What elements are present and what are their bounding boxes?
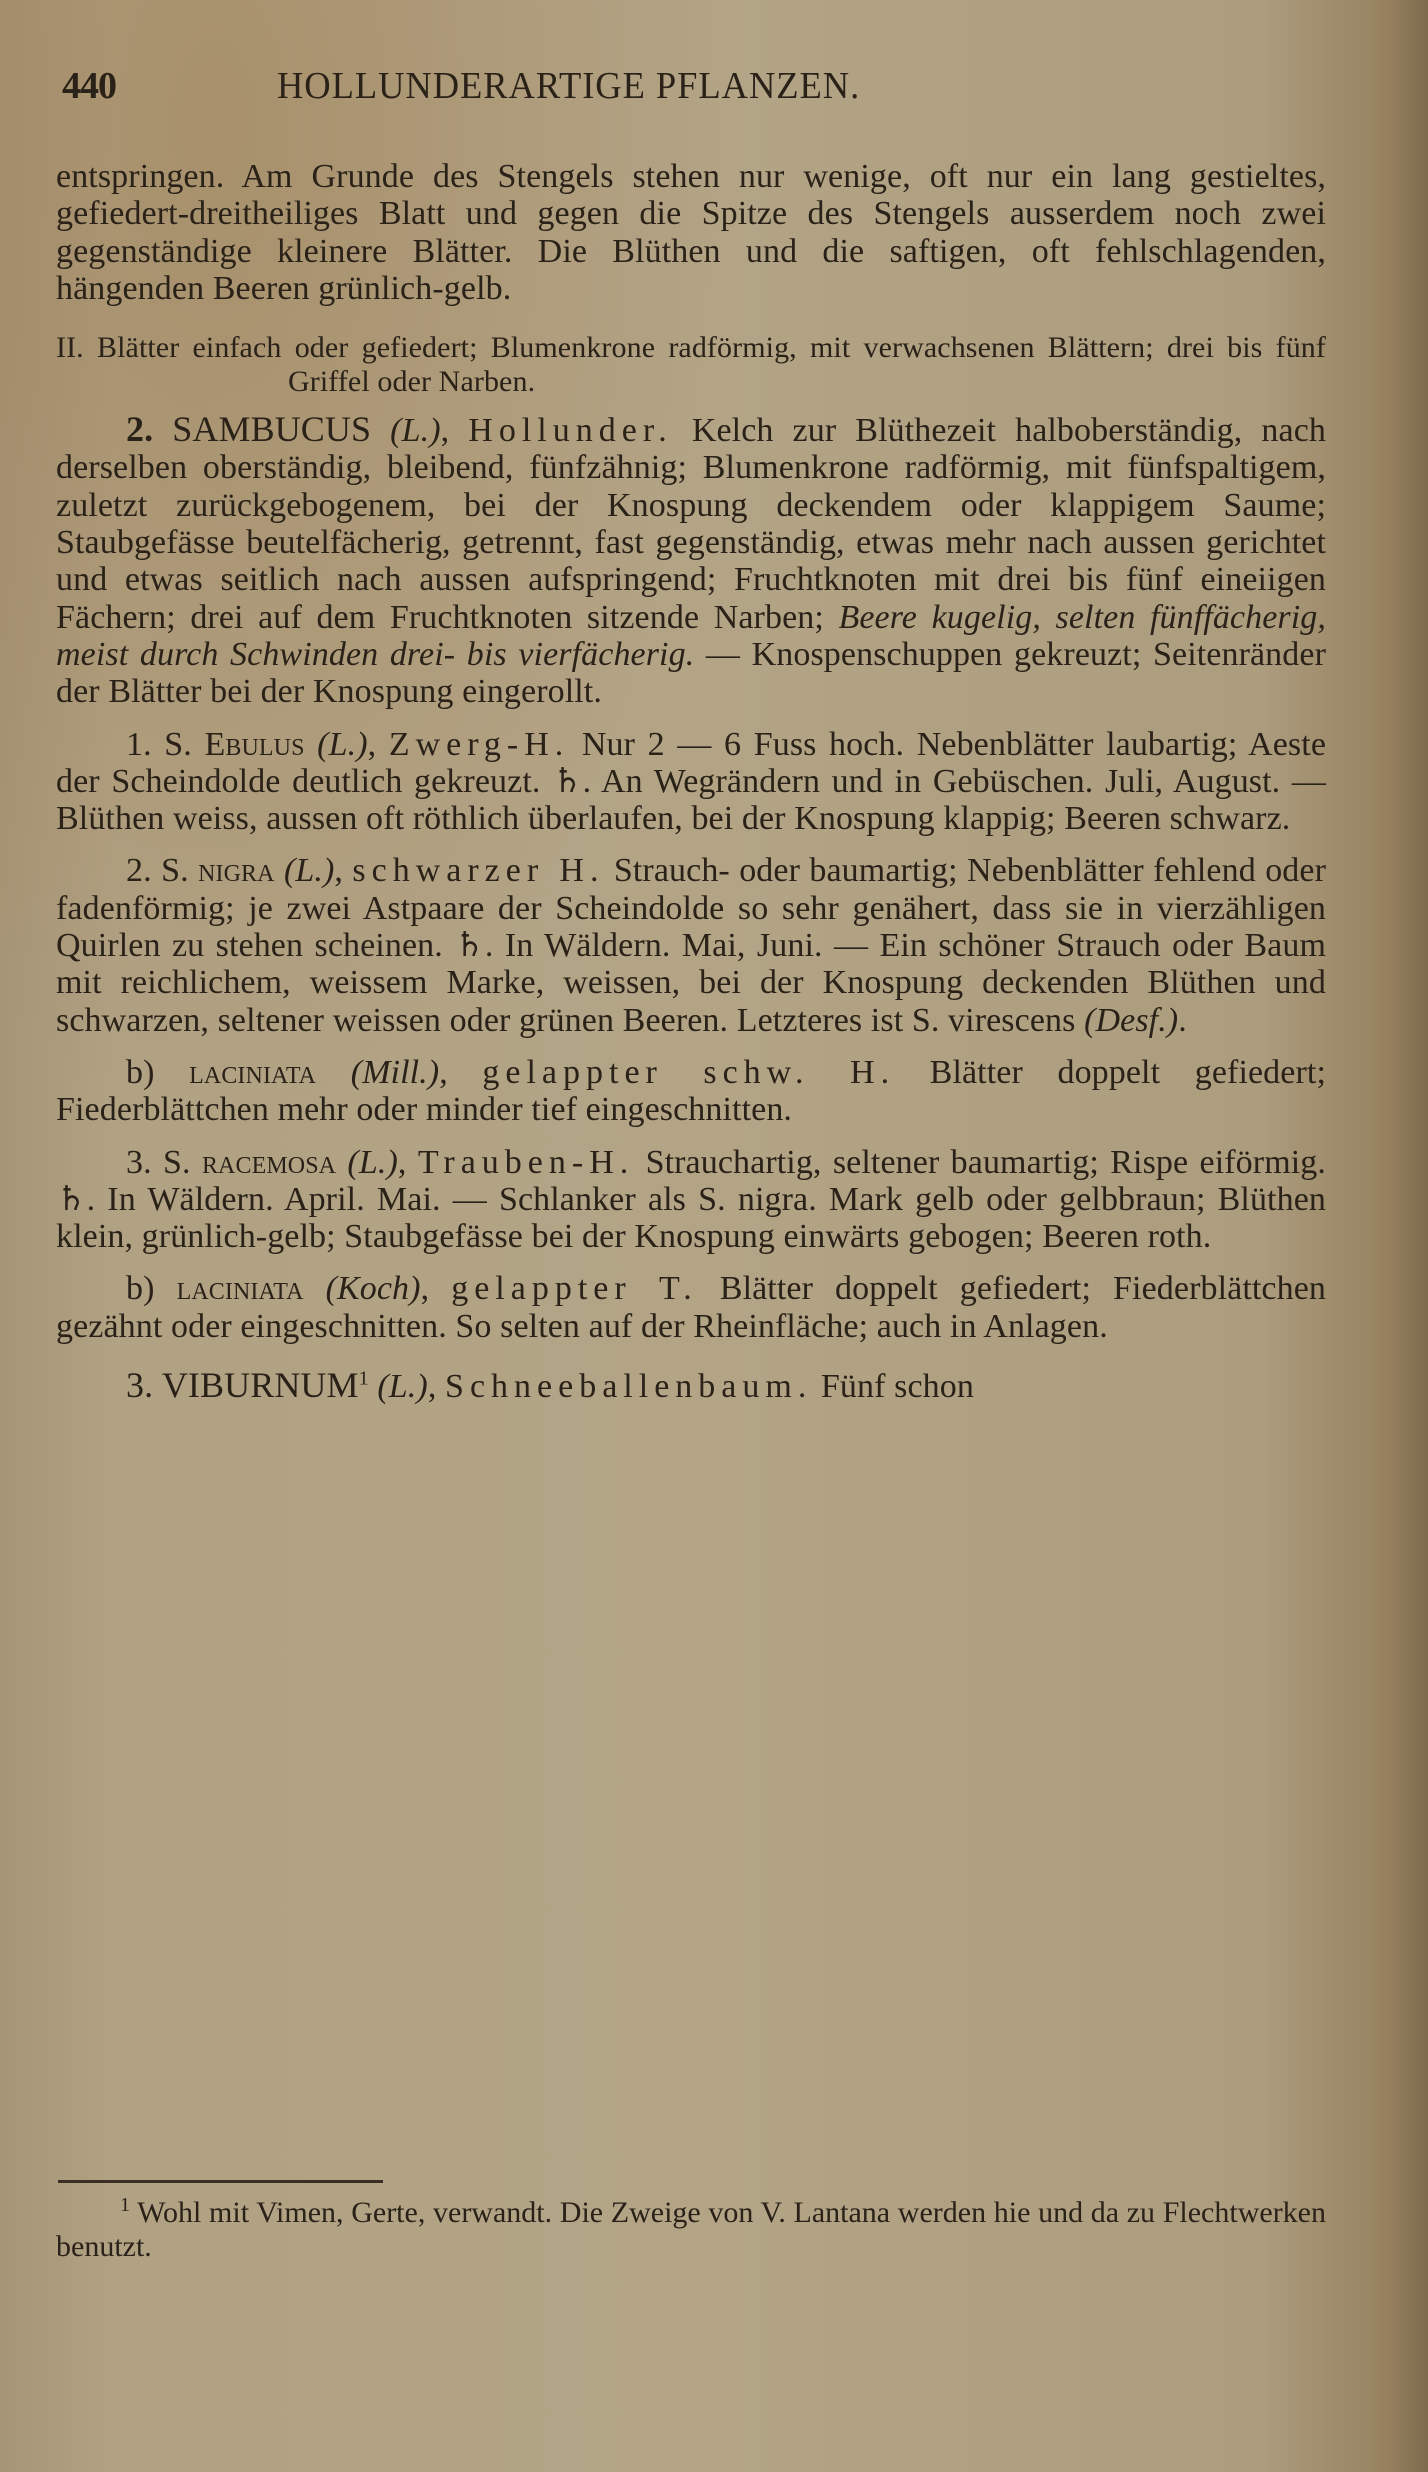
variety-name: laciniata xyxy=(189,1054,316,1091)
species-name: Ebulus xyxy=(205,726,305,763)
species-authority: (L.) xyxy=(284,852,334,889)
variety-name: laciniata xyxy=(177,1270,304,1307)
species-tail-end: . xyxy=(1178,1002,1187,1039)
species-name: racemosa xyxy=(202,1144,336,1181)
body-text: entspringen. Am Grunde des Stengels steh… xyxy=(56,158,1326,1405)
continuation-paragraph: entspringen. Am Grunde des Stengels steh… xyxy=(56,158,1326,307)
variety-entry-nigra-laciniata: b) laciniata (Mill.), gelappter schw. H.… xyxy=(56,1054,1326,1129)
variety-common-name: gelappter T. xyxy=(451,1270,698,1307)
species-entry-ebulus: 1. S. Ebulus (L.), Zwerg-H. Nur 2 — 6 Fu… xyxy=(56,726,1326,838)
variety-authority: (Koch) xyxy=(326,1270,421,1307)
genus-sambucus-paragraph: 2. SAMBUCUS (L.), Hollunder. Kelch zur B… xyxy=(56,411,1326,710)
page-number: 440 xyxy=(62,64,277,108)
species-number: 3. S. xyxy=(126,1144,191,1181)
species-common-name: Trauben-H. xyxy=(418,1144,634,1181)
species-entry-nigra: 2. S. nigra (L.), schwarzer H. Strauch- … xyxy=(56,852,1326,1038)
footnote-reference[interactable]: 1 xyxy=(359,1368,369,1390)
genus-number: 2. xyxy=(126,409,153,449)
genus-authority: (L.) xyxy=(377,1368,427,1405)
genus-number: 3. xyxy=(126,1365,153,1405)
genus-name: VIBURNUM xyxy=(162,1365,359,1405)
genus-common-name: Schneeballenbaum. xyxy=(445,1368,812,1405)
species-common-name: Zwerg-H. xyxy=(389,726,570,763)
variety-label: b) xyxy=(126,1054,155,1091)
genus-common-name: Hollunder. xyxy=(468,412,672,449)
genus-description: Fünf schon xyxy=(812,1368,974,1405)
species-authority: (L.) xyxy=(347,1144,397,1181)
footnote-divider xyxy=(58,2180,383,2183)
genus-name: SAMBUCUS xyxy=(172,409,371,449)
genus-viburnum-paragraph: 3. VIBURNUM1 (L.), Schneeballenbaum. Fün… xyxy=(56,1367,1326,1405)
section-heading-II: II. Blätter einfach oder gefiedert; Blum… xyxy=(56,331,1326,399)
footnote-text: Wohl mit Vimen, Gerte, verwandt. Die Zwe… xyxy=(56,2196,1326,2263)
variety-label: b) xyxy=(126,1270,155,1307)
footnotes: 1 Wohl mit Vimen, Gerte, verwandt. Die Z… xyxy=(56,2196,1326,2264)
species-entry-racemosa: 3. S. racemosa (L.), Trauben-H. Straucha… xyxy=(56,1144,1326,1256)
variety-authority: (Mill.) xyxy=(351,1054,440,1091)
species-number: 2. S. xyxy=(126,852,189,889)
running-title: HOLLUNDERARTIGE PFLANZEN. xyxy=(277,64,860,108)
species-number: 1. S. xyxy=(126,726,192,763)
variety-entry-racemosa-laciniata: b) laciniata (Koch), gelappter T. Blätte… xyxy=(56,1270,1326,1345)
genus-authority: (L.) xyxy=(390,412,440,449)
species-name: nigra xyxy=(198,852,275,889)
running-head: 440 HOLLUNDERARTIGE PFLANZEN. xyxy=(62,64,1322,124)
footnote-marker: 1 xyxy=(120,2194,130,2216)
footnote-1: 1 Wohl mit Vimen, Gerte, verwandt. Die Z… xyxy=(56,2196,1326,2264)
book-page: 440 HOLLUNDERARTIGE PFLANZEN. entspringe… xyxy=(0,0,1428,2472)
species-common-name: schwarzer H. xyxy=(352,852,604,889)
species-authority: (L.) xyxy=(317,726,367,763)
species-tail-authority: (Desf.) xyxy=(1084,1002,1178,1039)
variety-common-name: gelappter schw. H. xyxy=(482,1054,895,1091)
